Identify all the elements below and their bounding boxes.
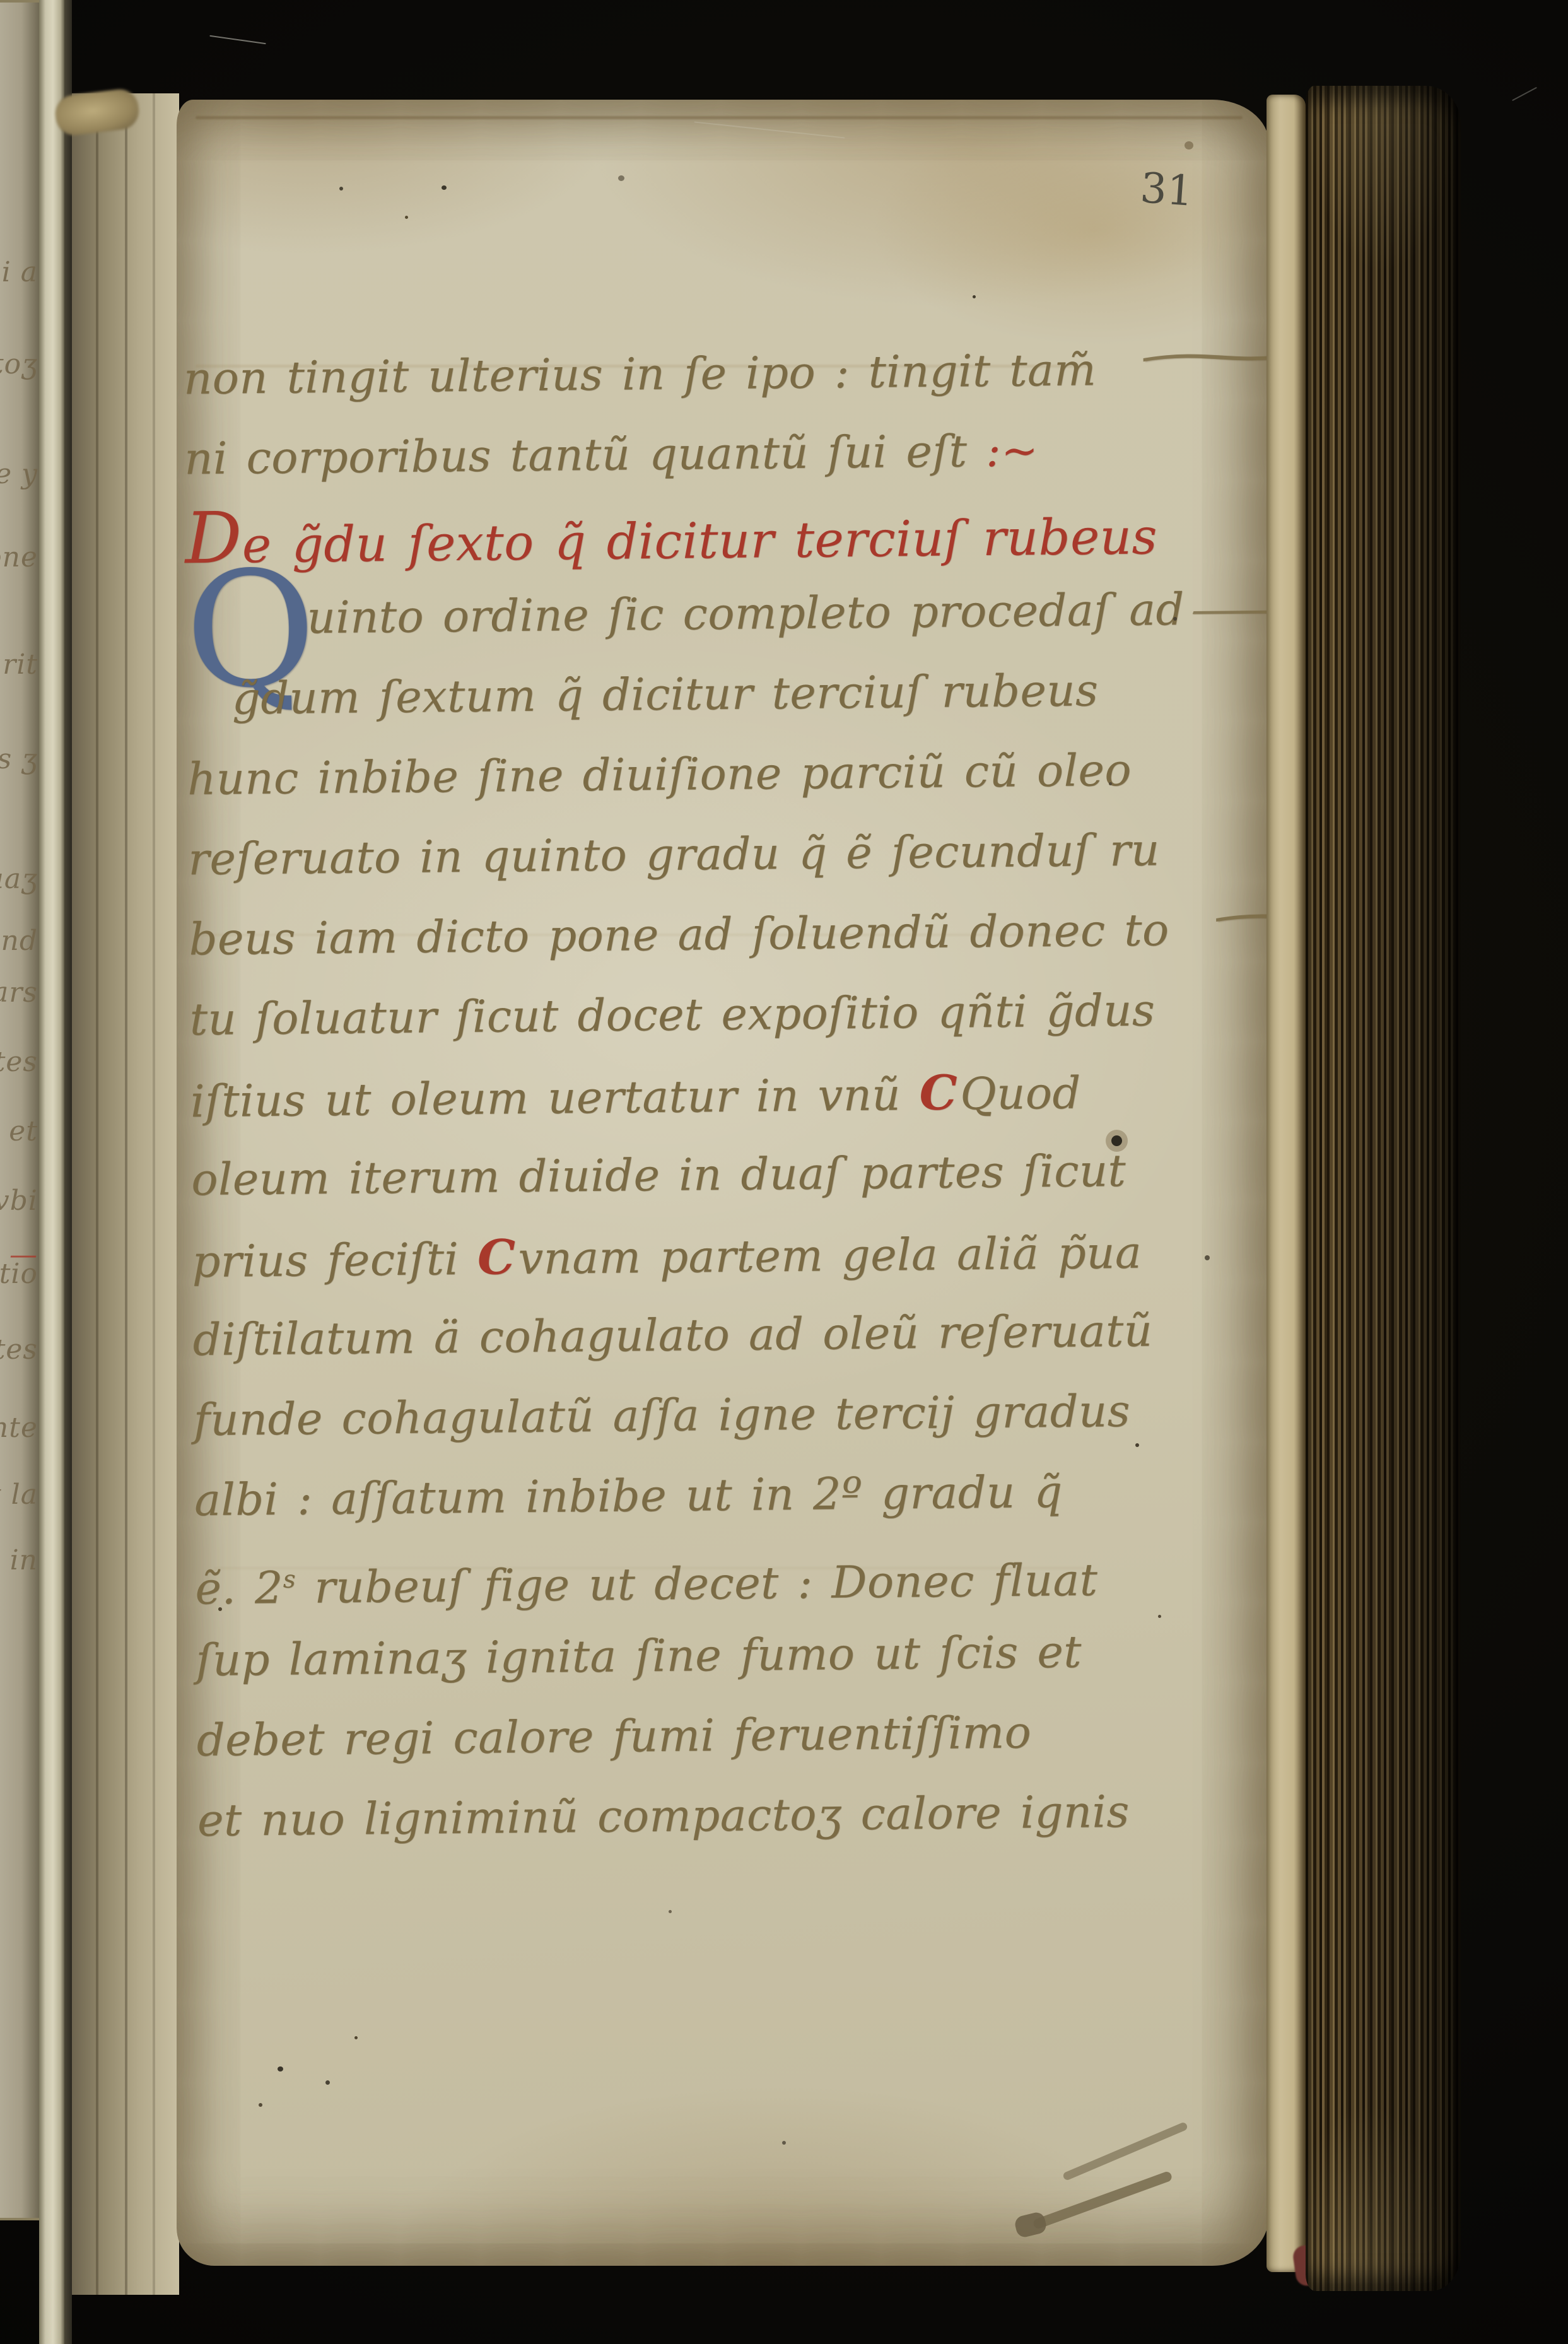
ink-speck — [339, 187, 343, 190]
ink-speck — [618, 175, 624, 181]
rubric-text: De g̃du ſexto q̃ dicitur terciuſ rubeus — [185, 508, 1157, 575]
text-line: diſtilatum ä cohagulato ad oleũ reſeruat… — [192, 1291, 1126, 1380]
ink-speck — [325, 2080, 330, 2085]
rubric-text: C — [477, 1229, 517, 1286]
text-line: et nuo ligniminũ compactoʒ calore ignis — [197, 1772, 1131, 1861]
facing-page-fragment: t in — [0, 1544, 38, 1576]
body-text: albi : aſſatum inbibe ut in 2º gradu q̃ — [194, 1466, 1063, 1526]
text-line: non tingit ulterius in ſe ipo : tingit t… — [183, 330, 1117, 419]
text-block: non tingit ulterius in ſe ipo : tingit t… — [183, 330, 1131, 1861]
text-line: beus iam dicto pone ad ſoluendũ donec to… — [189, 891, 1123, 980]
ink-speck — [669, 1910, 672, 1913]
text-line: hunc inbibe ſine diuiſione parciũ cũ ole… — [187, 730, 1121, 819]
cradle-strip — [39, 0, 64, 2344]
facing-page-fragment: pars — [0, 976, 38, 1009]
body-text: oleum iterum diuide in duaſ partes ſicut — [191, 1145, 1126, 1205]
body-text: vnam partem gela aliã p̃ua — [518, 1227, 1142, 1284]
body-text: s — [283, 1566, 296, 1594]
facing-page-fragment: partes — [0, 1333, 38, 1366]
body-text: Quod — [960, 1067, 1081, 1120]
ink-speck — [782, 2141, 786, 2145]
text-line: iſtius ut oleum uertatur in vnũ CQuod — [190, 1051, 1124, 1140]
facing-page-fragment: quaʒ — [0, 863, 38, 895]
ink-speck — [405, 216, 408, 219]
facing-page-fragment: Tertio — [0, 1258, 38, 1290]
background-scratch — [209, 35, 266, 45]
body-text: beus iam dicto pone ad ſoluendũ donec to — [189, 904, 1169, 965]
facing-page-fragment: regi a — [0, 256, 38, 288]
text-line: ni corporibus tantũ quantũ ſui eſt :~ — [184, 410, 1118, 499]
body-text: ni corporibus tantũ quantũ ſui eſt — [184, 425, 986, 484]
ink-speck — [278, 2066, 283, 2072]
text-line: debet regi calore fumi feruentiſſimo — [196, 1692, 1130, 1781]
text-line: reſeruato in quinto gradu q̃ ẽ ſecunduſ … — [188, 811, 1122, 900]
page-edge-ridge — [1267, 95, 1306, 2272]
facing-page-fragment: do: et — [0, 1115, 38, 1147]
ink-speck — [1205, 1255, 1210, 1260]
ink-speck — [218, 1607, 222, 1611]
text-line: ſup laminaʒ ignita ſine fumo ut ſcis et — [196, 1612, 1130, 1701]
ink-speck — [973, 295, 976, 298]
ink-speck — [1173, 617, 1177, 621]
facing-page-fragment: cund — [0, 925, 38, 957]
text-line: De g̃du ſexto q̃ dicitur terciuſ rubeus — [185, 490, 1119, 579]
text-line: albi : aſſatum inbibe ut in 2º gradu q̃ — [194, 1451, 1128, 1540]
ink-speck — [1158, 1615, 1161, 1618]
facing-page-fragment: partes — [0, 1046, 38, 1078]
facing-page-fragment: tione — [0, 541, 38, 573]
ink-speck — [1185, 141, 1193, 149]
facing-page-fragment: vbi — [0, 1185, 38, 1217]
text-line: oleum iterum diuide in duaſ partes ſicut — [191, 1131, 1125, 1220]
manuscript-photograph: regi actoʒtioe ytioneuritits ʒquaʒcundpa… — [0, 0, 1568, 2344]
text-line: ẽ. 2s rubeuſ fige ut decet : Donec fluat — [195, 1532, 1129, 1620]
body-text: et nuo ligniminũ compactoʒ calore ignis — [197, 1786, 1130, 1846]
body-text: ſup laminaʒ ignita ſine fumo ut ſcis et — [196, 1626, 1082, 1686]
facing-page-fragment: tioe y — [0, 458, 38, 490]
gutter-streak — [125, 93, 127, 2295]
body-text: tu ſoluatur ſicut docet expoſitio qñti g… — [189, 984, 1155, 1045]
gutter-streak — [153, 93, 155, 2295]
text-line: funde cohagulatũ aſſa igne tercij gradus — [193, 1371, 1127, 1460]
body-text: diſtilatum ä cohagulato ad oleũ reſeruat… — [192, 1304, 1152, 1366]
fore-edge-page-stack — [1306, 86, 1461, 2291]
body-text: prius feciſti — [192, 1233, 477, 1287]
ink-smudge — [1014, 2211, 1048, 2239]
body-text: g̃dum ſextum q̃ dicitur terciuſ rubeus — [232, 664, 1099, 724]
body-text: hunc inbibe ſine diuiſione parciũ cũ ole… — [187, 744, 1132, 805]
body-text: iſtius ut oleum uertatur in vnũ — [190, 1069, 920, 1127]
ink-speck — [442, 185, 447, 190]
rubric-text: :~ — [986, 425, 1039, 477]
body-text: reſeruato in quinto gradu q̃ ẽ ſecunduſ … — [188, 824, 1160, 885]
rubric-text: C — [919, 1064, 958, 1121]
body-text: funde cohagulatũ aſſa igne tercij gradus — [194, 1385, 1131, 1446]
gutter-shadow — [72, 93, 179, 2295]
ink-speck — [354, 2036, 358, 2039]
facing-page-fragment: its ʒ — [0, 743, 38, 775]
parchment-hole — [1111, 1135, 1122, 1146]
ink-speck — [1109, 782, 1112, 785]
text-line: prius feciſti Cvnam partem gela aliã p̃u… — [192, 1211, 1126, 1300]
body-text: uinto ordine ſic completo procedaſ ad — [307, 583, 1185, 643]
body-text: non tingit ulterius in ſe ipo : tingit t… — [184, 344, 1097, 404]
body-text: rubeuſ fige ut decet : Donec fluat — [295, 1554, 1097, 1614]
facing-page-fragment: ente — [0, 1412, 38, 1444]
folio-number: 31 — [1138, 163, 1195, 216]
cradle-strip-shadow — [64, 0, 72, 2344]
manuscript-page: 31 Q non tingit ulterius in ſe ipo : tin… — [177, 100, 1269, 2266]
facing-page-fragment: ctoʒ — [0, 348, 38, 380]
background-scratch — [1512, 87, 1537, 101]
text-line: uinto ordine ſic completo procedaſ ad— — [185, 570, 1120, 659]
facing-page-fragment: urit — [0, 648, 38, 681]
body-text: debet regi calore fumi feruentiſſimo — [196, 1706, 1031, 1766]
ink-speck — [1135, 1443, 1139, 1447]
gutter-streak — [96, 93, 98, 2295]
body-text: ẽ. 2 — [195, 1562, 283, 1614]
ink-speck — [259, 2103, 262, 2107]
top-crease — [196, 116, 1243, 119]
text-line: tu ſoluatur ſicut docet expoſitio qñti g… — [189, 971, 1123, 1060]
ink-smudge — [1032, 2171, 1173, 2230]
body-text: — — [1189, 569, 1274, 650]
facing-page-edge: regi actoʒtioe ytioneuritits ʒquaʒcundpa… — [0, 0, 39, 2220]
facing-page-fragment: t la — [0, 1479, 38, 1511]
text-line: g̃dum ſextum q̃ dicitur terciuſ rubeus — [186, 650, 1120, 739]
